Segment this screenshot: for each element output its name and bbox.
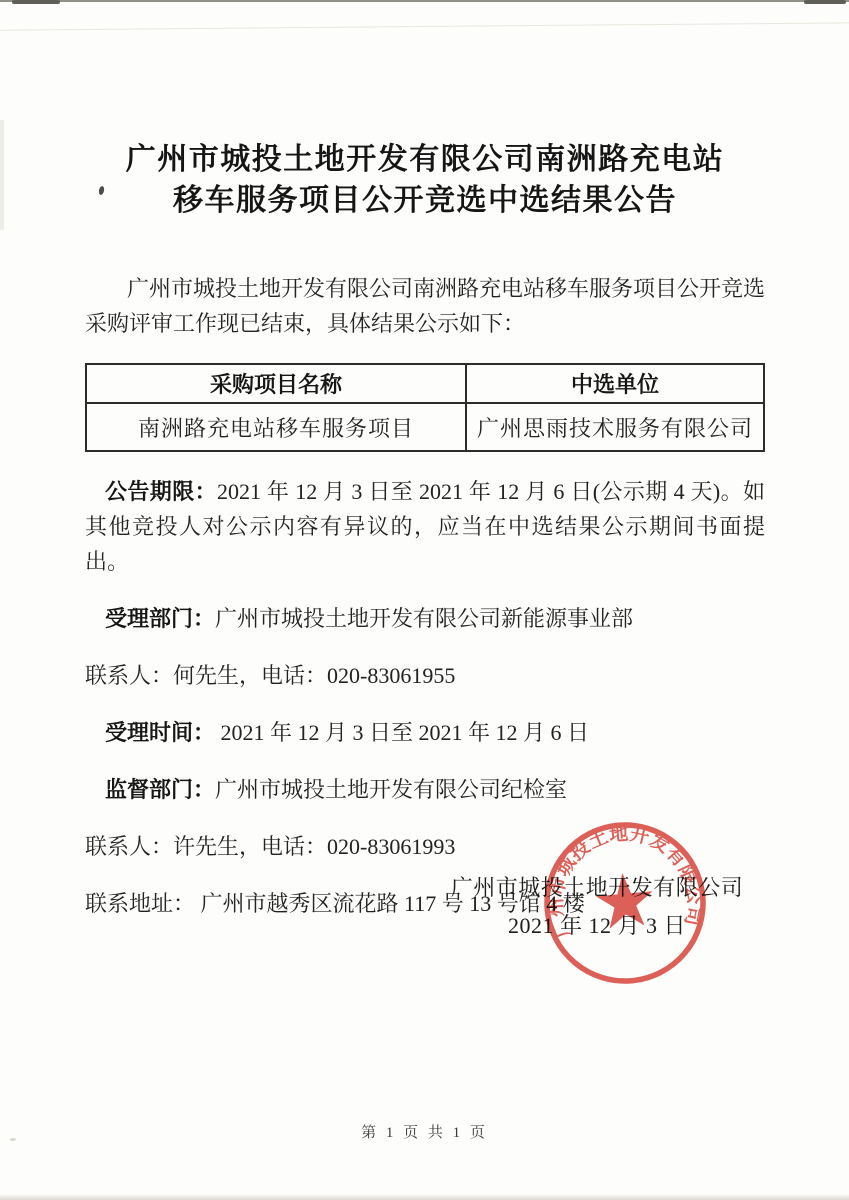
accepting-department-text: 广州市城投土地开发有限公司新能源事业部 [215,606,633,631]
signature-block: 广州市城投土地开发有限公司 2021 年 12 月 3 日 [447,869,747,945]
intro-paragraph: 广州市城投土地开发有限公司南洲路充电站移车服务项目公开竞选采购评审工作现已结束，… [85,271,765,341]
document-title-line2: 移车服务项目公开竞选中选结果公告 [85,180,765,221]
cell-project-name: 南洲路充电站移车服务项目 [86,403,466,451]
header-procurement-project-name: 采购项目名称 [86,364,466,403]
supervising-department-paragraph: 监督部门：广州市城投土地开发有限公司纪检室 [85,772,765,807]
accepting-time-label: 受理时间： [105,720,215,745]
contact-person-2-text: 许先生，电话：020-83061993 [173,834,455,859]
contact-address-label: 联系地址： [85,891,195,916]
signature-company: 广州市城投土地开发有限公司 [447,869,747,907]
contact-person-2-label: 联系人： [85,834,173,859]
result-table: 采购项目名称 中选单位 南洲路充电站移车服务项目 广州思雨技术服务有限公司 [85,363,765,452]
contact-person-1-label: 联系人： [85,663,173,688]
result-table-data-row: 南洲路充电站移车服务项目 广州思雨技术服务有限公司 [86,403,764,451]
document-title: 广州市城投土地开发有限公司南洲路充电站 移车服务项目公开竞选中选结果公告 [85,139,765,221]
announcement-period-paragraph: 公告期限：2021 年 12 月 3 日至 2021 年 12 月 6 日(公示… [85,474,765,579]
scan-left-edge-shadow [0,120,4,230]
result-table-header-row: 采购项目名称 中选单位 [86,364,764,403]
signature-date: 2021 年 12 月 3 日 [447,907,747,945]
accepting-department-label: 受理部门： [105,606,215,631]
scan-mark-top-right [804,0,846,4]
cell-winner-name: 广州思雨技术服务有限公司 [466,403,764,451]
header-winning-bidder: 中选单位 [466,364,764,403]
notice-details: 公告期限：2021 年 12 月 3 日至 2021 年 12 月 6 日(公示… [85,474,765,921]
accepting-time-paragraph: 受理时间： 2021 年 12 月 3 日至 2021 年 12 月 6 日 [85,715,765,750]
document-body: 广州市城投土地开发有限公司南洲路充电站 移车服务项目公开竞选中选结果公告 广州市… [85,0,765,943]
accepting-time-text: 2021 年 12 月 3 日至 2021 年 12 月 6 日 [215,720,589,745]
scanned-document-page: 广州市城投土地开发有限公司南洲路充电站 移车服务项目公开竞选中选结果公告 广州市… [0,0,849,1200]
supervising-department-text: 广州市城投土地开发有限公司纪检室 [215,777,567,802]
document-title-line1: 广州市城投土地开发有限公司南洲路充电站 [85,139,765,180]
page-number-footer: 第 1 页 共 1 页 [0,1121,849,1142]
scan-bottom-shadow [0,1194,849,1200]
contact-person-1-paragraph: 联系人：何先生，电话：020-83061955 [85,658,765,693]
contact-person-2-paragraph: 联系人：许先生，电话：020-83061993 [85,829,765,864]
accepting-department-paragraph: 受理部门：广州市城投土地开发有限公司新能源事业部 [85,601,765,636]
contact-person-1-text: 何先生，电话：020-83061955 [173,663,455,688]
scan-mark-top-left [12,0,60,4]
supervising-department-label: 监督部门： [105,777,215,802]
announcement-period-label: 公告期限： [105,479,217,504]
